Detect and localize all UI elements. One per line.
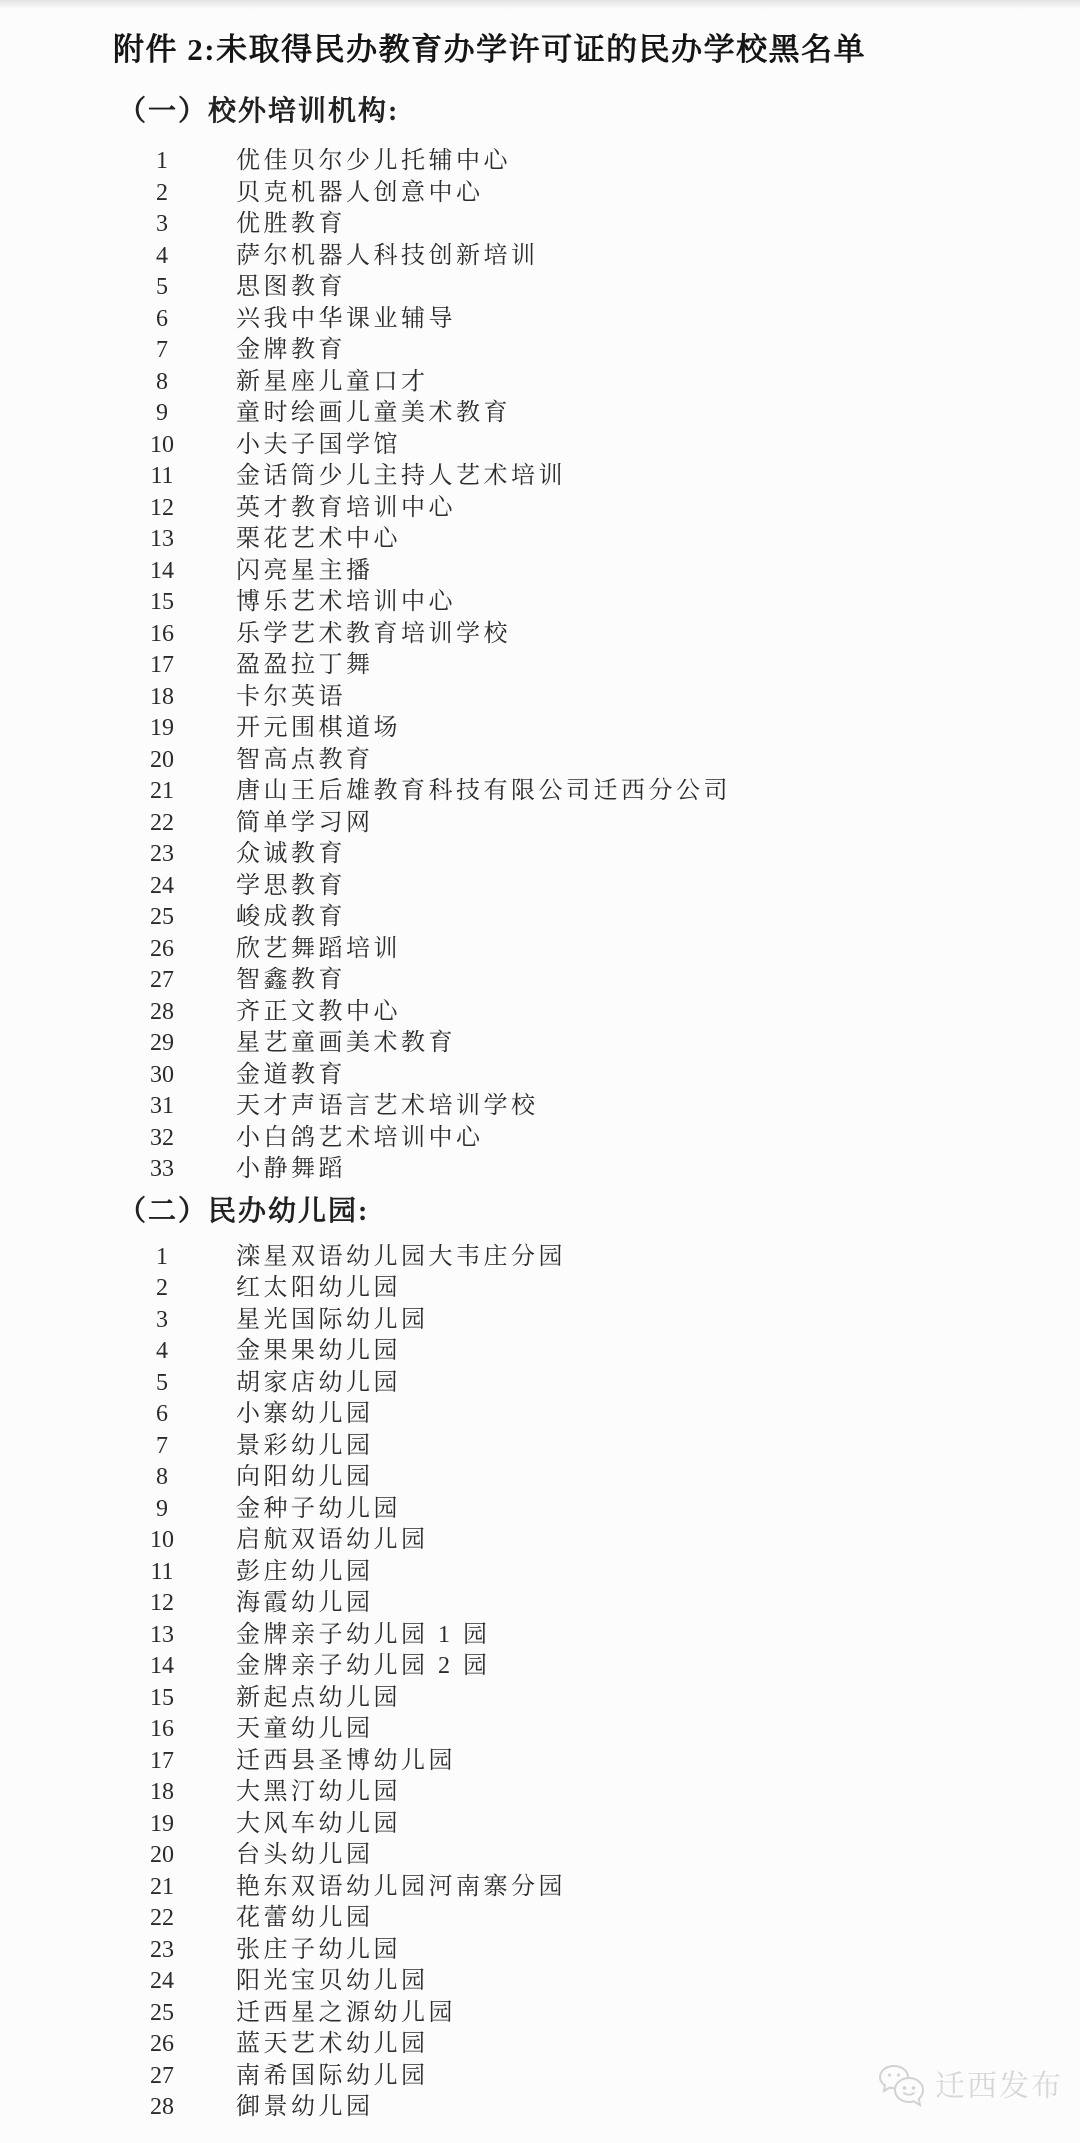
item-name: 英才教育培训中心	[236, 493, 456, 525]
list-item: 2贝克机器人创意中心	[0, 178, 1080, 210]
item-name: 金种子幼儿园	[236, 1494, 401, 1526]
list-item: 1优佳贝尔少儿托辅中心	[0, 146, 1080, 178]
list-item: 30金道教育	[0, 1060, 1080, 1092]
item-number: 22	[130, 808, 194, 840]
item-number: 28	[130, 997, 194, 1029]
list-item: 13金牌亲子幼儿园 1 园	[0, 1620, 1080, 1652]
item-number: 32	[130, 1123, 194, 1155]
item-name: 胡家店幼儿园	[236, 1368, 401, 1400]
item-number: 2	[130, 178, 194, 210]
item-name: 景彩幼儿园	[236, 1431, 374, 1463]
list-item: 28齐正文教中心	[0, 997, 1080, 1029]
item-number: 3	[130, 209, 194, 241]
section-1-heading: （一）校外培训机构:	[118, 97, 1080, 127]
item-name: 金牌教育	[236, 335, 346, 367]
item-name: 小夫子国学馆	[236, 430, 401, 462]
item-number: 27	[130, 965, 194, 997]
item-number: 29	[130, 1028, 194, 1060]
list-item: 24阳光宝贝幼儿园	[0, 1966, 1080, 1998]
item-number: 1	[130, 1242, 194, 1274]
item-number: 24	[130, 1966, 194, 1998]
item-number: 27	[130, 2061, 194, 2093]
item-name: 天才声语言艺术培训学校	[236, 1091, 539, 1123]
list-item: 22简单学习网	[0, 808, 1080, 840]
item-name: 御景幼儿园	[236, 2092, 374, 2124]
item-number: 25	[130, 902, 194, 934]
list-item: 29星艺童画美术教育	[0, 1028, 1080, 1060]
list-item: 15新起点幼儿园	[0, 1683, 1080, 1715]
page-title: 附件 2:未取得民办教育办学许可证的民办学校黑名单	[0, 0, 1080, 66]
item-name: 迁西县圣博幼儿园	[236, 1746, 456, 1778]
list-item: 6小寨幼儿园	[0, 1399, 1080, 1431]
item-name: 阳光宝贝幼儿园	[236, 1966, 429, 1998]
list-item: 18卡尔英语	[0, 682, 1080, 714]
item-name: 乐学艺术教育培训学校	[236, 619, 511, 651]
item-number: 6	[130, 1399, 194, 1431]
item-number: 2	[130, 1273, 194, 1305]
item-number: 16	[130, 619, 194, 651]
list-item: 27智鑫教育	[0, 965, 1080, 997]
item-name: 萨尔机器人科技创新培训	[236, 241, 539, 273]
item-name: 童时绘画儿童美术教育	[236, 398, 511, 430]
item-number: 3	[130, 1305, 194, 1337]
item-number: 15	[130, 1683, 194, 1715]
item-number: 21	[130, 1872, 194, 1904]
item-name: 开元围棋道场	[236, 713, 401, 745]
item-name: 新起点幼儿园	[236, 1683, 401, 1715]
item-name: 大黑汀幼儿园	[236, 1777, 401, 1809]
item-name: 欣艺舞蹈培训	[236, 934, 401, 966]
item-number: 30	[130, 1060, 194, 1092]
item-number: 13	[130, 1620, 194, 1652]
item-number: 7	[130, 335, 194, 367]
item-number: 12	[130, 1588, 194, 1620]
list-item: 14闪亮星主播	[0, 556, 1080, 588]
list-item: 26欣艺舞蹈培训	[0, 934, 1080, 966]
item-number: 13	[130, 524, 194, 556]
item-number: 1	[130, 146, 194, 178]
item-name: 花蕾幼儿园	[236, 1903, 374, 1935]
item-name: 贝克机器人创意中心	[236, 178, 484, 210]
list-item: 16天童幼儿园	[0, 1714, 1080, 1746]
item-name: 天童幼儿园	[236, 1714, 374, 1746]
item-number: 18	[130, 682, 194, 714]
list-item: 25峻成教育	[0, 902, 1080, 934]
list-item: 17盈盈拉丁舞	[0, 650, 1080, 682]
item-name: 彭庄幼儿园	[236, 1557, 374, 1589]
item-name: 唐山王后雄教育科技有限公司迁西分公司	[236, 776, 731, 808]
item-name: 金牌亲子幼儿园 1 园	[236, 1620, 491, 1652]
list-item: 13栗花艺术中心	[0, 524, 1080, 556]
item-number: 11	[130, 461, 194, 493]
item-number: 6	[130, 304, 194, 336]
list-item: 21唐山王后雄教育科技有限公司迁西分公司	[0, 776, 1080, 808]
item-number: 9	[130, 1494, 194, 1526]
list-item: 1滦星双语幼儿园大韦庄分园	[0, 1242, 1080, 1274]
item-name: 台头幼儿园	[236, 1840, 374, 1872]
list-item: 11金话筒少儿主持人艺术培训	[0, 461, 1080, 493]
item-number: 4	[130, 241, 194, 273]
list-item: 20台头幼儿园	[0, 1840, 1080, 1872]
item-number: 15	[130, 587, 194, 619]
item-number: 10	[130, 1525, 194, 1557]
item-number: 19	[130, 713, 194, 745]
kindergartens-list: 1滦星双语幼儿园大韦庄分园2红太阳幼儿园3星光国际幼儿园4金果果幼儿园5胡家店幼…	[0, 1242, 1080, 2124]
item-name: 艳东双语幼儿园河南寨分园	[236, 1872, 566, 1904]
item-name: 红太阳幼儿园	[236, 1273, 401, 1305]
item-name: 南希国际幼儿园	[236, 2061, 429, 2093]
item-number: 28	[130, 2092, 194, 2124]
list-item: 17迁西县圣博幼儿园	[0, 1746, 1080, 1778]
item-name: 蓝天艺术幼儿园	[236, 2029, 429, 2061]
section-kindergartens: （二）民办幼儿园: 1滦星双语幼儿园大韦庄分园2红太阳幼儿园3星光国际幼儿园4金…	[0, 1197, 1080, 2124]
item-name: 博乐艺术培训中心	[236, 587, 456, 619]
item-number: 24	[130, 871, 194, 903]
section-training-institutions: （一）校外培训机构: 1优佳贝尔少儿托辅中心2贝克机器人创意中心3优胜教育4萨尔…	[0, 97, 1080, 1186]
item-number: 12	[130, 493, 194, 525]
item-number: 9	[130, 398, 194, 430]
item-number: 8	[130, 367, 194, 399]
item-number: 33	[130, 1154, 194, 1186]
item-name: 思图教育	[236, 272, 346, 304]
item-number: 26	[130, 934, 194, 966]
watermark-label: 迁西发布	[935, 2072, 1063, 2102]
list-item: 7景彩幼儿园	[0, 1431, 1080, 1463]
list-item: 21艳东双语幼儿园河南寨分园	[0, 1872, 1080, 1904]
watermark: 迁西发布	[876, 2062, 1063, 2112]
list-item: 11彭庄幼儿园	[0, 1557, 1080, 1589]
list-item: 6兴我中华课业辅导	[0, 304, 1080, 336]
list-item: 32小白鸽艺术培训中心	[0, 1123, 1080, 1155]
list-item: 31天才声语言艺术培训学校	[0, 1091, 1080, 1123]
item-name: 卡尔英语	[236, 682, 346, 714]
item-number: 14	[130, 556, 194, 588]
item-name: 金话筒少儿主持人艺术培训	[236, 461, 566, 493]
item-number: 10	[130, 430, 194, 462]
item-name: 优佳贝尔少儿托辅中心	[236, 146, 511, 178]
training-institutions-list: 1优佳贝尔少儿托辅中心2贝克机器人创意中心3优胜教育4萨尔机器人科技创新培训5思…	[0, 146, 1080, 1186]
list-item: 19大风车幼儿园	[0, 1809, 1080, 1841]
item-number: 23	[130, 1935, 194, 1967]
list-item: 33小静舞蹈	[0, 1154, 1080, 1186]
item-name: 小静舞蹈	[236, 1154, 346, 1186]
item-name: 小寨幼儿园	[236, 1399, 374, 1431]
list-item: 4金果果幼儿园	[0, 1336, 1080, 1368]
item-number: 18	[130, 1777, 194, 1809]
item-number: 7	[130, 1431, 194, 1463]
item-number: 19	[130, 1809, 194, 1841]
item-name: 金果果幼儿园	[236, 1336, 401, 1368]
item-name: 闪亮星主播	[236, 556, 374, 588]
list-item: 3优胜教育	[0, 209, 1080, 241]
item-name: 兴我中华课业辅导	[236, 304, 456, 336]
list-item: 20智高点教育	[0, 745, 1080, 777]
list-item: 14金牌亲子幼儿园 2 园	[0, 1651, 1080, 1683]
list-item: 7金牌教育	[0, 335, 1080, 367]
list-item: 22花蕾幼儿园	[0, 1903, 1080, 1935]
item-name: 优胜教育	[236, 209, 346, 241]
item-number: 14	[130, 1651, 194, 1683]
list-item: 23张庄子幼儿园	[0, 1935, 1080, 1967]
list-item: 4萨尔机器人科技创新培训	[0, 241, 1080, 273]
item-name: 启航双语幼儿园	[236, 1525, 429, 1557]
list-item: 10启航双语幼儿园	[0, 1525, 1080, 1557]
list-item: 2红太阳幼儿园	[0, 1273, 1080, 1305]
item-name: 智高点教育	[236, 745, 374, 777]
item-name: 滦星双语幼儿园大韦庄分园	[236, 1242, 566, 1274]
item-number: 22	[130, 1903, 194, 1935]
list-item: 15博乐艺术培训中心	[0, 587, 1080, 619]
item-name: 小白鸽艺术培训中心	[236, 1123, 484, 1155]
list-item: 9金种子幼儿园	[0, 1494, 1080, 1526]
item-name: 金道教育	[236, 1060, 346, 1092]
item-number: 16	[130, 1714, 194, 1746]
item-number: 5	[130, 272, 194, 304]
list-item: 12海霞幼儿园	[0, 1588, 1080, 1620]
list-item: 19开元围棋道场	[0, 713, 1080, 745]
item-number: 20	[130, 1840, 194, 1872]
item-number: 17	[130, 1746, 194, 1778]
item-number: 26	[130, 2029, 194, 2061]
item-name: 新星座儿童口才	[236, 367, 429, 399]
item-number: 23	[130, 839, 194, 871]
item-name: 简单学习网	[236, 808, 374, 840]
item-name: 齐正文教中心	[236, 997, 401, 1029]
item-name: 迁西星之源幼儿园	[236, 1998, 456, 2030]
list-item: 3星光国际幼儿园	[0, 1305, 1080, 1337]
item-number: 11	[130, 1557, 194, 1589]
item-name: 众诚教育	[236, 839, 346, 871]
wechat-chat-bubbles-icon	[876, 2062, 928, 2112]
item-name: 张庄子幼儿园	[236, 1935, 401, 1967]
list-item: 10小夫子国学馆	[0, 430, 1080, 462]
list-item: 8新星座儿童口才	[0, 367, 1080, 399]
item-name: 星光国际幼儿园	[236, 1305, 429, 1337]
item-number: 25	[130, 1998, 194, 2030]
item-name: 向阳幼儿园	[236, 1462, 374, 1494]
item-name: 海霞幼儿园	[236, 1588, 374, 1620]
item-number: 4	[130, 1336, 194, 1368]
section-2-heading: （二）民办幼儿园:	[118, 1197, 1080, 1227]
item-name: 星艺童画美术教育	[236, 1028, 456, 1060]
item-name: 智鑫教育	[236, 965, 346, 997]
item-name: 金牌亲子幼儿园 2 园	[236, 1651, 491, 1683]
list-item: 5思图教育	[0, 272, 1080, 304]
item-number: 8	[130, 1462, 194, 1494]
list-item: 9童时绘画儿童美术教育	[0, 398, 1080, 430]
list-item: 12英才教育培训中心	[0, 493, 1080, 525]
item-number: 20	[130, 745, 194, 777]
list-item: 5胡家店幼儿园	[0, 1368, 1080, 1400]
item-name: 学思教育	[236, 871, 346, 903]
list-item: 16乐学艺术教育培训学校	[0, 619, 1080, 651]
item-name: 栗花艺术中心	[236, 524, 401, 556]
list-item: 8向阳幼儿园	[0, 1462, 1080, 1494]
item-number: 21	[130, 776, 194, 808]
list-item: 24学思教育	[0, 871, 1080, 903]
item-number: 5	[130, 1368, 194, 1400]
item-name: 峻成教育	[236, 902, 346, 934]
list-item: 25迁西星之源幼儿园	[0, 1998, 1080, 2030]
item-name: 盈盈拉丁舞	[236, 650, 374, 682]
document-page: 附件 2:未取得民办教育办学许可证的民办学校黑名单 （一）校外培训机构: 1优佳…	[0, 0, 1080, 2143]
list-item: 23众诚教育	[0, 839, 1080, 871]
item-name: 大风车幼儿园	[236, 1809, 401, 1841]
list-item: 18大黑汀幼儿园	[0, 1777, 1080, 1809]
list-item: 26蓝天艺术幼儿园	[0, 2029, 1080, 2061]
item-number: 17	[130, 650, 194, 682]
item-number: 31	[130, 1091, 194, 1123]
